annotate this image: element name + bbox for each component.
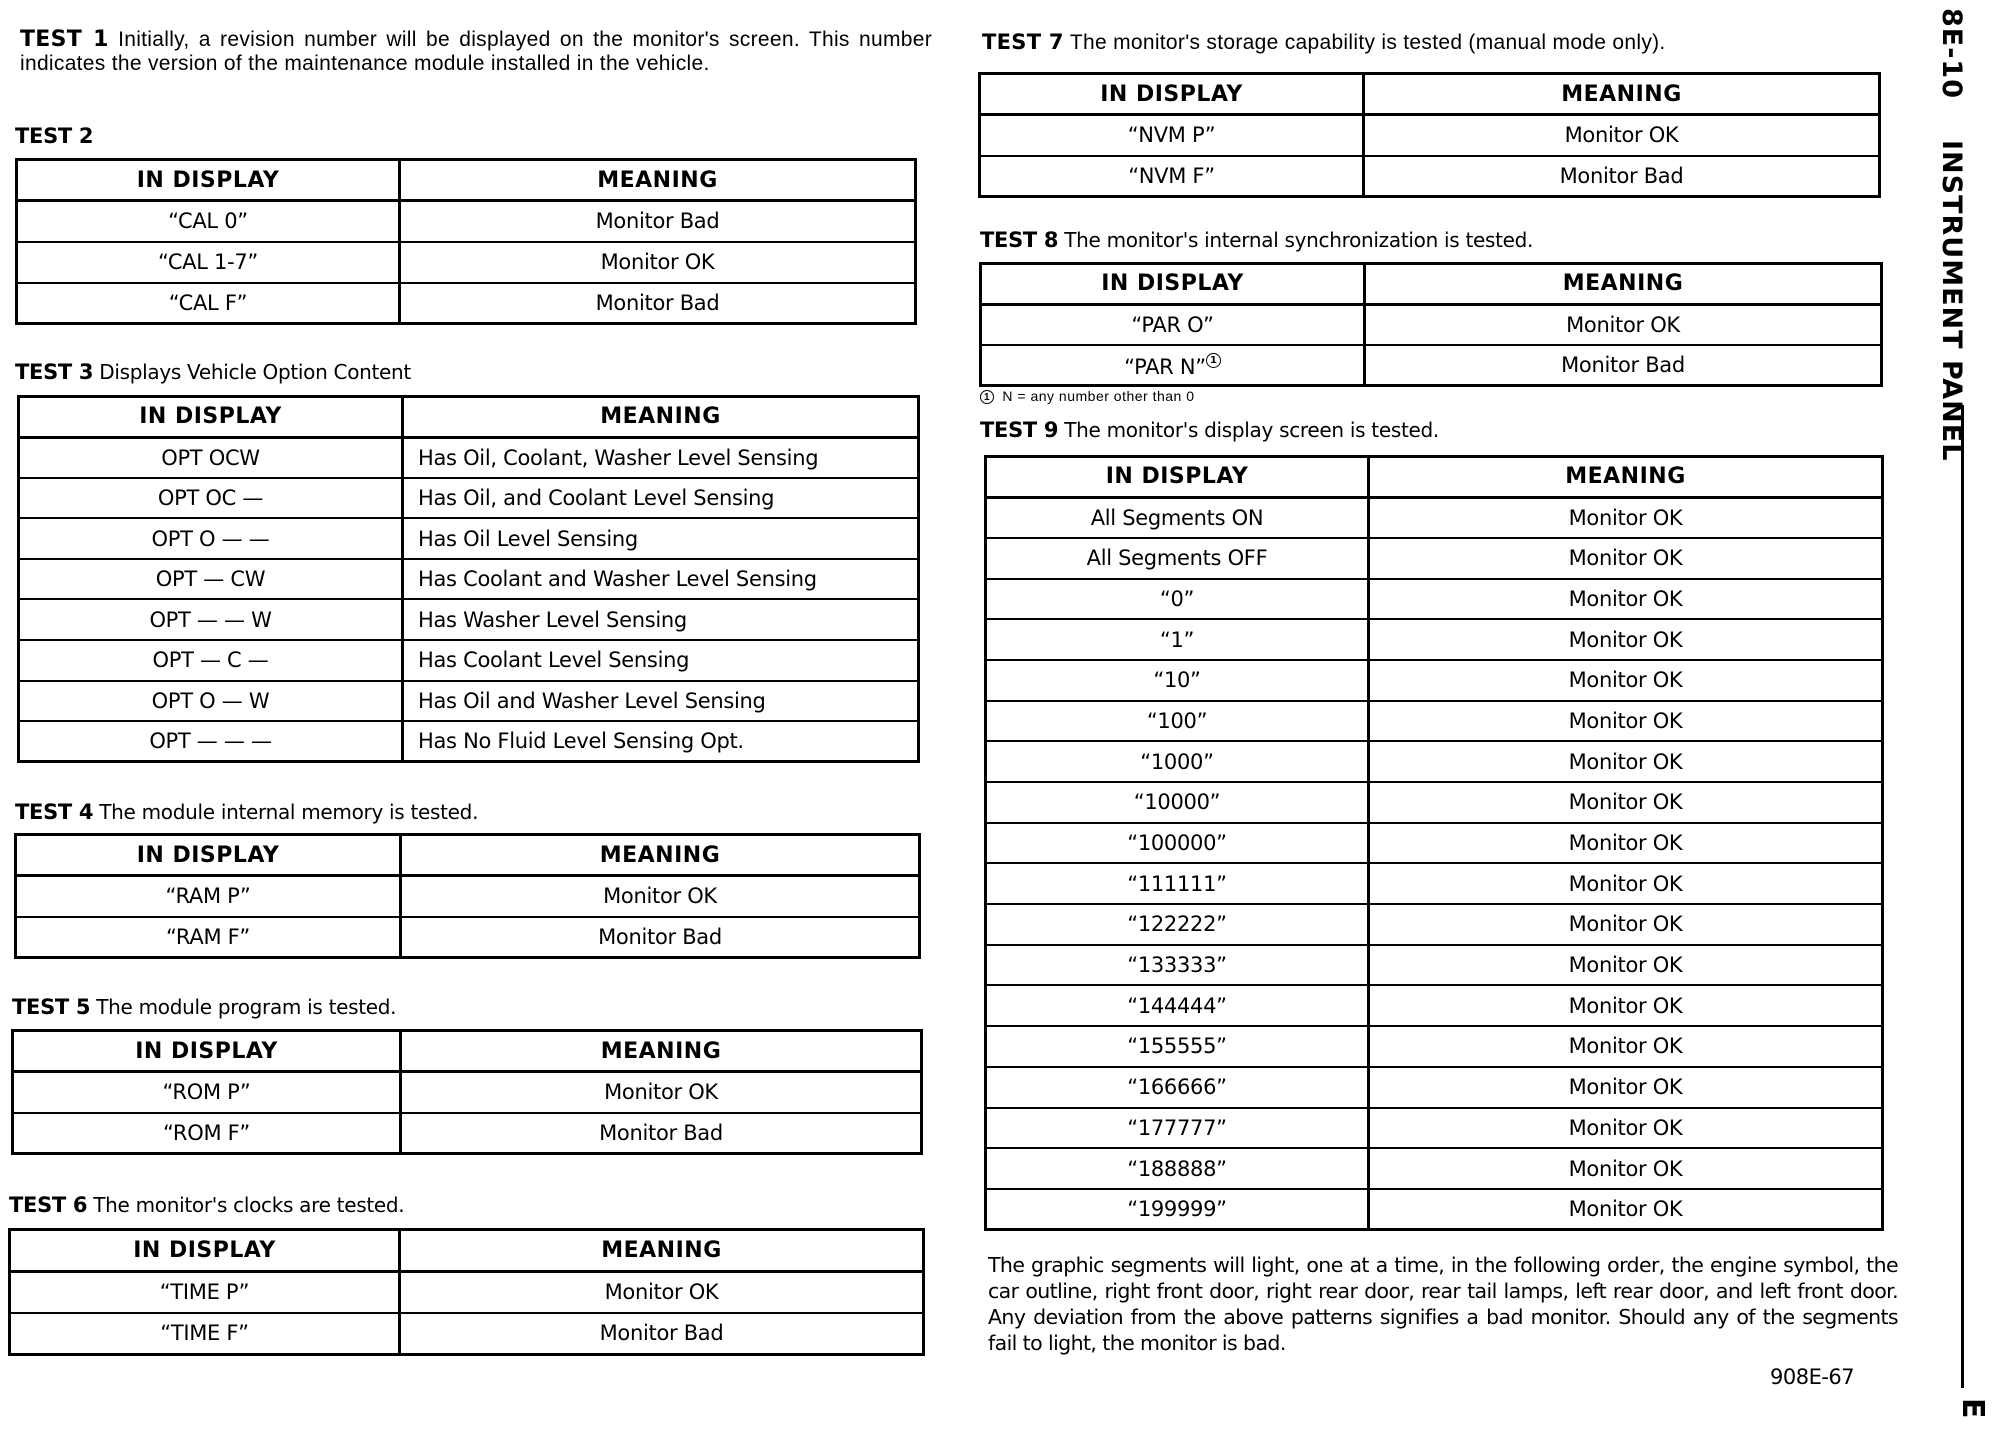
display-cell: OPT O — W bbox=[19, 681, 403, 722]
display-value: OPT — CW bbox=[156, 567, 265, 591]
test6-table: IN DISPLAYMEANING“TIME P”Monitor OK“TIME… bbox=[8, 1228, 925, 1356]
test4-heading: TEST 4The module internal memory is test… bbox=[15, 800, 478, 824]
display-value: All Segments OFF bbox=[1087, 546, 1268, 570]
display-value: “100” bbox=[1147, 709, 1207, 733]
table-row: “1000”Monitor OK bbox=[986, 741, 1883, 782]
test9-label: TEST 9 bbox=[980, 418, 1058, 442]
display-cell: “0” bbox=[986, 579, 1369, 620]
column-header-display: IN DISPLAY bbox=[16, 835, 401, 876]
test8-footnote: 1 N = any number other than 0 bbox=[980, 388, 1195, 404]
display-cell: “RAM P” bbox=[16, 876, 401, 917]
meaning-cell: Has Oil Level Sensing bbox=[403, 518, 919, 559]
meaning-cell: Monitor OK bbox=[1365, 304, 1882, 345]
meaning-cell: Has No Fluid Level Sensing Opt. bbox=[403, 721, 919, 762]
display-cell: “RAM F” bbox=[16, 917, 401, 958]
closing-paragraph: The graphic segments will light, one at … bbox=[988, 1252, 1898, 1356]
table-row: OPT OC —Has Oil, and Coolant Level Sensi… bbox=[19, 478, 919, 519]
display-cell: “155555” bbox=[986, 1026, 1369, 1067]
meaning-cell: Monitor OK bbox=[1369, 863, 1883, 904]
test1-text: Initially, a revision number will be dis… bbox=[20, 28, 932, 75]
display-cell: OPT — — — bbox=[19, 721, 403, 762]
meaning-cell: Monitor Bad bbox=[400, 201, 916, 242]
meaning-cell: Monitor Bad bbox=[401, 917, 920, 958]
test8-heading: TEST 8The monitor's internal synchroniza… bbox=[980, 228, 1533, 252]
meaning-cell: Has Washer Level Sensing bbox=[403, 599, 919, 640]
test6-label: TEST 6 bbox=[9, 1193, 87, 1217]
meaning-cell: Monitor OK bbox=[1369, 823, 1883, 864]
display-cell: “166666” bbox=[986, 1067, 1369, 1108]
test3-description: Displays Vehicle Option Content bbox=[99, 360, 411, 384]
meaning-cell: Monitor OK bbox=[1364, 115, 1880, 156]
column-header-display: IN DISPLAY bbox=[19, 397, 403, 438]
display-cell: “122222” bbox=[986, 904, 1369, 945]
display-value: “RAM F” bbox=[166, 925, 250, 949]
table-row: “NVM P”Monitor OK bbox=[980, 115, 1880, 156]
table-header-row: IN DISPLAYMEANING bbox=[13, 1031, 922, 1072]
table-row: “144444”Monitor OK bbox=[986, 985, 1883, 1026]
display-cell: “10” bbox=[986, 660, 1369, 701]
meaning-cell: Has Oil and Washer Level Sensing bbox=[403, 681, 919, 722]
display-cell: “CAL 1-7” bbox=[17, 242, 400, 283]
test6-heading: TEST 6The monitor's clocks are tested. bbox=[9, 1193, 404, 1217]
display-value: “199999” bbox=[1127, 1197, 1227, 1221]
table-row: “100000”Monitor OK bbox=[986, 823, 1883, 864]
table-row: “PAR N”1Monitor Bad bbox=[981, 345, 1882, 386]
display-value: “CAL 0” bbox=[168, 209, 248, 233]
display-value: “111111” bbox=[1127, 872, 1227, 896]
display-value: “122222” bbox=[1127, 912, 1227, 936]
test3-heading: TEST 3Displays Vehicle Option Content bbox=[15, 360, 411, 384]
display-value: OPT — — W bbox=[149, 608, 271, 632]
meaning-cell: Has Coolant Level Sensing bbox=[403, 640, 919, 681]
meaning-cell: Monitor OK bbox=[1369, 1067, 1883, 1108]
test6-description: The monitor's clocks are tested. bbox=[93, 1193, 404, 1217]
display-value: “0” bbox=[1160, 587, 1194, 611]
display-cell: “177777” bbox=[986, 1108, 1369, 1149]
table-row: “TIME P”Monitor OK bbox=[10, 1271, 924, 1313]
test8-table: IN DISPLAYMEANING“PAR O”Monitor OK“PAR N… bbox=[979, 262, 1883, 387]
table-row: “ROM F”Monitor Bad bbox=[13, 1113, 922, 1154]
meaning-cell: Monitor OK bbox=[400, 242, 916, 283]
display-cell: All Segments ON bbox=[986, 497, 1369, 538]
display-cell: “1” bbox=[986, 619, 1369, 660]
table-row: “CAL 0”Monitor Bad bbox=[17, 201, 916, 242]
meaning-cell: Monitor Bad bbox=[401, 1113, 922, 1154]
display-cell: “144444” bbox=[986, 985, 1369, 1026]
meaning-cell: Monitor Bad bbox=[1365, 345, 1882, 386]
column-header-display: IN DISPLAY bbox=[981, 264, 1365, 305]
table-row: “177777”Monitor OK bbox=[986, 1108, 1883, 1149]
test8-label: TEST 8 bbox=[980, 228, 1058, 252]
test5-heading: TEST 5The module program is tested. bbox=[12, 995, 396, 1019]
display-cell: “199999” bbox=[986, 1189, 1369, 1230]
display-value: “177777” bbox=[1127, 1116, 1227, 1140]
display-value: “NVM F” bbox=[1128, 164, 1215, 188]
table-row: “166666”Monitor OK bbox=[986, 1067, 1883, 1108]
test3-label: TEST 3 bbox=[15, 360, 93, 384]
test7-description: The monitor's storage capability is test… bbox=[1070, 31, 1666, 54]
table-row: “ROM P”Monitor OK bbox=[13, 1072, 922, 1113]
display-cell: “ROM F” bbox=[13, 1113, 401, 1154]
meaning-cell: Monitor OK bbox=[1369, 985, 1883, 1026]
table-header-row: IN DISPLAYMEANING bbox=[17, 160, 916, 201]
table-row: “RAM F”Monitor Bad bbox=[16, 917, 920, 958]
meaning-cell: Monitor Bad bbox=[400, 1313, 924, 1355]
table-row: “133333”Monitor OK bbox=[986, 945, 1883, 986]
table-row: “CAL F”Monitor Bad bbox=[17, 283, 916, 324]
table-header-row: IN DISPLAYMEANING bbox=[981, 264, 1882, 305]
meaning-cell: Has Oil, Coolant, Washer Level Sensing bbox=[403, 437, 919, 478]
display-cell: “1000” bbox=[986, 741, 1369, 782]
display-value: “CAL 1-7” bbox=[158, 250, 258, 274]
meaning-cell: Monitor OK bbox=[1369, 1148, 1883, 1189]
display-value: “144444” bbox=[1127, 994, 1227, 1018]
meaning-cell: Monitor Bad bbox=[400, 283, 916, 324]
section-rule bbox=[1961, 405, 1964, 1388]
display-value: “PAR N” bbox=[1124, 355, 1206, 379]
column-header-meaning: MEANING bbox=[400, 1230, 924, 1272]
table-row: OPT — CWHas Coolant and Washer Level Sen… bbox=[19, 559, 919, 600]
display-cell: “188888” bbox=[986, 1148, 1369, 1189]
table-row: OPT — — —Has No Fluid Level Sensing Opt. bbox=[19, 721, 919, 762]
meaning-cell: Monitor OK bbox=[1369, 701, 1883, 742]
display-cell: “100” bbox=[986, 701, 1369, 742]
display-value: OPT O — W bbox=[152, 689, 270, 713]
display-cell: “PAR O” bbox=[981, 304, 1365, 345]
table-row: “188888”Monitor OK bbox=[986, 1148, 1883, 1189]
meaning-cell: Monitor OK bbox=[1369, 782, 1883, 823]
table-row: OPT — C —Has Coolant Level Sensing bbox=[19, 640, 919, 681]
display-cell: “ROM P” bbox=[13, 1072, 401, 1113]
display-value: “CAL F” bbox=[169, 291, 247, 315]
meaning-cell: Has Oil, and Coolant Level Sensing bbox=[403, 478, 919, 519]
display-cell: “133333” bbox=[986, 945, 1369, 986]
test5-description: The module program is tested. bbox=[96, 995, 396, 1019]
test2-label: TEST 2 bbox=[15, 124, 93, 148]
display-value: “NVM P” bbox=[1128, 123, 1216, 147]
table-row: OPT OCWHas Oil, Coolant, Washer Level Se… bbox=[19, 437, 919, 478]
table-header-row: IN DISPLAYMEANING bbox=[980, 74, 1880, 115]
table-row: OPT O — WHas Oil and Washer Level Sensin… bbox=[19, 681, 919, 722]
test9-heading: TEST 9The monitor's display screen is te… bbox=[980, 418, 1439, 442]
display-cell: OPT OC — bbox=[19, 478, 403, 519]
test1-label: TEST 1 bbox=[20, 27, 109, 52]
column-header-meaning: MEANING bbox=[401, 1031, 922, 1072]
test9-description: The monitor's display screen is tested. bbox=[1064, 418, 1439, 442]
footnote-marker-icon: 1 bbox=[1206, 353, 1221, 368]
column-header-display: IN DISPLAY bbox=[980, 74, 1364, 115]
display-value: OPT OC — bbox=[158, 486, 263, 510]
table-row: “NVM F”Monitor Bad bbox=[980, 156, 1880, 197]
test7-label: TEST 7 bbox=[982, 30, 1064, 54]
display-cell: “100000” bbox=[986, 823, 1369, 864]
column-header-meaning: MEANING bbox=[401, 835, 920, 876]
column-header-meaning: MEANING bbox=[400, 160, 916, 201]
table-header-row: IN DISPLAYMEANING bbox=[16, 835, 920, 876]
table-row: All Segments ONMonitor OK bbox=[986, 497, 1883, 538]
display-value: “188888” bbox=[1127, 1157, 1227, 1181]
meaning-cell: Monitor OK bbox=[1369, 1189, 1883, 1230]
footnote-marker-icon: 1 bbox=[980, 390, 994, 404]
display-value: “100000” bbox=[1127, 831, 1227, 855]
display-value: “10000” bbox=[1134, 790, 1220, 814]
display-value: “ROM F” bbox=[163, 1121, 250, 1145]
display-value: “TIME P” bbox=[160, 1280, 250, 1304]
meaning-cell: Monitor OK bbox=[1369, 579, 1883, 620]
display-value: “133333” bbox=[1127, 953, 1227, 977]
display-value: “155555” bbox=[1127, 1034, 1227, 1058]
table-row: “0”Monitor OK bbox=[986, 579, 1883, 620]
test5-table: IN DISPLAYMEANING“ROM P”Monitor OK“ROM F… bbox=[11, 1029, 923, 1155]
display-cell: “NVM P” bbox=[980, 115, 1364, 156]
display-value: OPT — C — bbox=[152, 648, 268, 672]
meaning-cell: Monitor OK bbox=[401, 1072, 922, 1113]
display-value: “RAM P” bbox=[166, 884, 251, 908]
test8-description: The monitor's internal synchronization i… bbox=[1064, 228, 1533, 252]
meaning-cell: Monitor OK bbox=[1369, 619, 1883, 660]
display-cell: “NVM F” bbox=[980, 156, 1364, 197]
table-row: “10000”Monitor OK bbox=[986, 782, 1883, 823]
display-cell: “10000” bbox=[986, 782, 1369, 823]
display-cell: “CAL 0” bbox=[17, 201, 400, 242]
meaning-cell: Monitor OK bbox=[1369, 660, 1883, 701]
display-cell: “111111” bbox=[986, 863, 1369, 904]
column-header-meaning: MEANING bbox=[1364, 74, 1880, 115]
meaning-cell: Monitor OK bbox=[1369, 945, 1883, 986]
table-row: “100”Monitor OK bbox=[986, 701, 1883, 742]
display-cell: OPT O — — bbox=[19, 518, 403, 559]
table-row: “111111”Monitor OK bbox=[986, 863, 1883, 904]
display-cell: “TIME F” bbox=[10, 1313, 400, 1355]
display-value: “1000” bbox=[1140, 750, 1213, 774]
display-cell: OPT — — W bbox=[19, 599, 403, 640]
test9-table: IN DISPLAYMEANINGAll Segments ONMonitor … bbox=[984, 455, 1884, 1231]
page-number: 8E-10 bbox=[1936, 8, 1967, 99]
display-cell: OPT — CW bbox=[19, 559, 403, 600]
table-row: OPT O — —Has Oil Level Sensing bbox=[19, 518, 919, 559]
test2-table: IN DISPLAYMEANING“CAL 0”Monitor Bad“CAL … bbox=[15, 158, 917, 325]
display-value: OPT — — — bbox=[149, 729, 271, 753]
test3-table: IN DISPLAYMEANINGOPT OCWHas Oil, Coolant… bbox=[17, 395, 920, 763]
table-row: “155555”Monitor OK bbox=[986, 1026, 1883, 1067]
display-value: “ROM P” bbox=[163, 1080, 251, 1104]
test7-heading: TEST 7The monitor's storage capability i… bbox=[982, 30, 1666, 55]
meaning-cell: Monitor OK bbox=[1369, 904, 1883, 945]
display-value: “10” bbox=[1153, 668, 1200, 692]
column-header-display: IN DISPLAY bbox=[17, 160, 400, 201]
display-value: “166666” bbox=[1127, 1075, 1227, 1099]
column-header-meaning: MEANING bbox=[1369, 457, 1883, 498]
display-cell: All Segments OFF bbox=[986, 538, 1369, 579]
table-row: “122222”Monitor OK bbox=[986, 904, 1883, 945]
meaning-cell: Monitor OK bbox=[1369, 1108, 1883, 1149]
table-row: All Segments OFFMonitor OK bbox=[986, 538, 1883, 579]
table-header-row: IN DISPLAYMEANING bbox=[10, 1230, 924, 1272]
test4-label: TEST 4 bbox=[15, 800, 93, 824]
column-header-display: IN DISPLAY bbox=[10, 1230, 400, 1272]
figure-code: 908E-67 bbox=[1770, 1365, 1854, 1389]
meaning-cell: Monitor OK bbox=[401, 876, 920, 917]
meaning-cell: Monitor OK bbox=[1369, 538, 1883, 579]
table-row: “RAM P”Monitor OK bbox=[16, 876, 920, 917]
display-value: “PAR O” bbox=[1131, 313, 1213, 337]
display-value: “TIME F” bbox=[160, 1321, 249, 1345]
table-header-row: IN DISPLAYMEANING bbox=[19, 397, 919, 438]
table-row: “1”Monitor OK bbox=[986, 619, 1883, 660]
meaning-cell: Monitor OK bbox=[1369, 741, 1883, 782]
footnote-text: N = any number other than 0 bbox=[1002, 388, 1194, 404]
meaning-cell: Monitor Bad bbox=[1364, 156, 1880, 197]
meaning-cell: Monitor OK bbox=[400, 1271, 924, 1313]
display-cell: “CAL F” bbox=[17, 283, 400, 324]
test4-description: The module internal memory is tested. bbox=[99, 800, 478, 824]
test4-table: IN DISPLAYMEANING“RAM P”Monitor OK“RAM F… bbox=[14, 833, 921, 959]
test7-table: IN DISPLAYMEANING“NVM P”Monitor OK“NVM F… bbox=[978, 72, 1881, 198]
column-header-meaning: MEANING bbox=[403, 397, 919, 438]
test2-heading: TEST 2 bbox=[15, 124, 99, 148]
display-value: “1” bbox=[1160, 628, 1194, 652]
display-cell: “PAR N”1 bbox=[981, 345, 1365, 386]
section-tab: E bbox=[1955, 1398, 1990, 1420]
display-cell: OPT OCW bbox=[19, 437, 403, 478]
table-header-row: IN DISPLAYMEANING bbox=[986, 457, 1883, 498]
meaning-cell: Has Coolant and Washer Level Sensing bbox=[403, 559, 919, 600]
display-cell: OPT — C — bbox=[19, 640, 403, 681]
display-value: OPT OCW bbox=[161, 446, 260, 470]
table-row: “PAR O”Monitor OK bbox=[981, 304, 1882, 345]
table-row: “TIME F”Monitor Bad bbox=[10, 1313, 924, 1355]
table-row: “199999”Monitor OK bbox=[986, 1189, 1883, 1230]
table-row: “10”Monitor OK bbox=[986, 660, 1883, 701]
display-value: All Segments ON bbox=[1091, 506, 1264, 530]
meaning-cell: Monitor OK bbox=[1369, 497, 1883, 538]
table-row: OPT — — WHas Washer Level Sensing bbox=[19, 599, 919, 640]
display-cell: “TIME P” bbox=[10, 1271, 400, 1313]
column-header-meaning: MEANING bbox=[1365, 264, 1882, 305]
test5-label: TEST 5 bbox=[12, 995, 90, 1019]
table-row: “CAL 1-7”Monitor OK bbox=[17, 242, 916, 283]
test1-paragraph: TEST 1 Initially, a revision number will… bbox=[20, 28, 932, 76]
display-value: OPT O — — bbox=[152, 527, 270, 551]
column-header-display: IN DISPLAY bbox=[986, 457, 1369, 498]
meaning-cell: Monitor OK bbox=[1369, 1026, 1883, 1067]
column-header-display: IN DISPLAY bbox=[13, 1031, 401, 1072]
